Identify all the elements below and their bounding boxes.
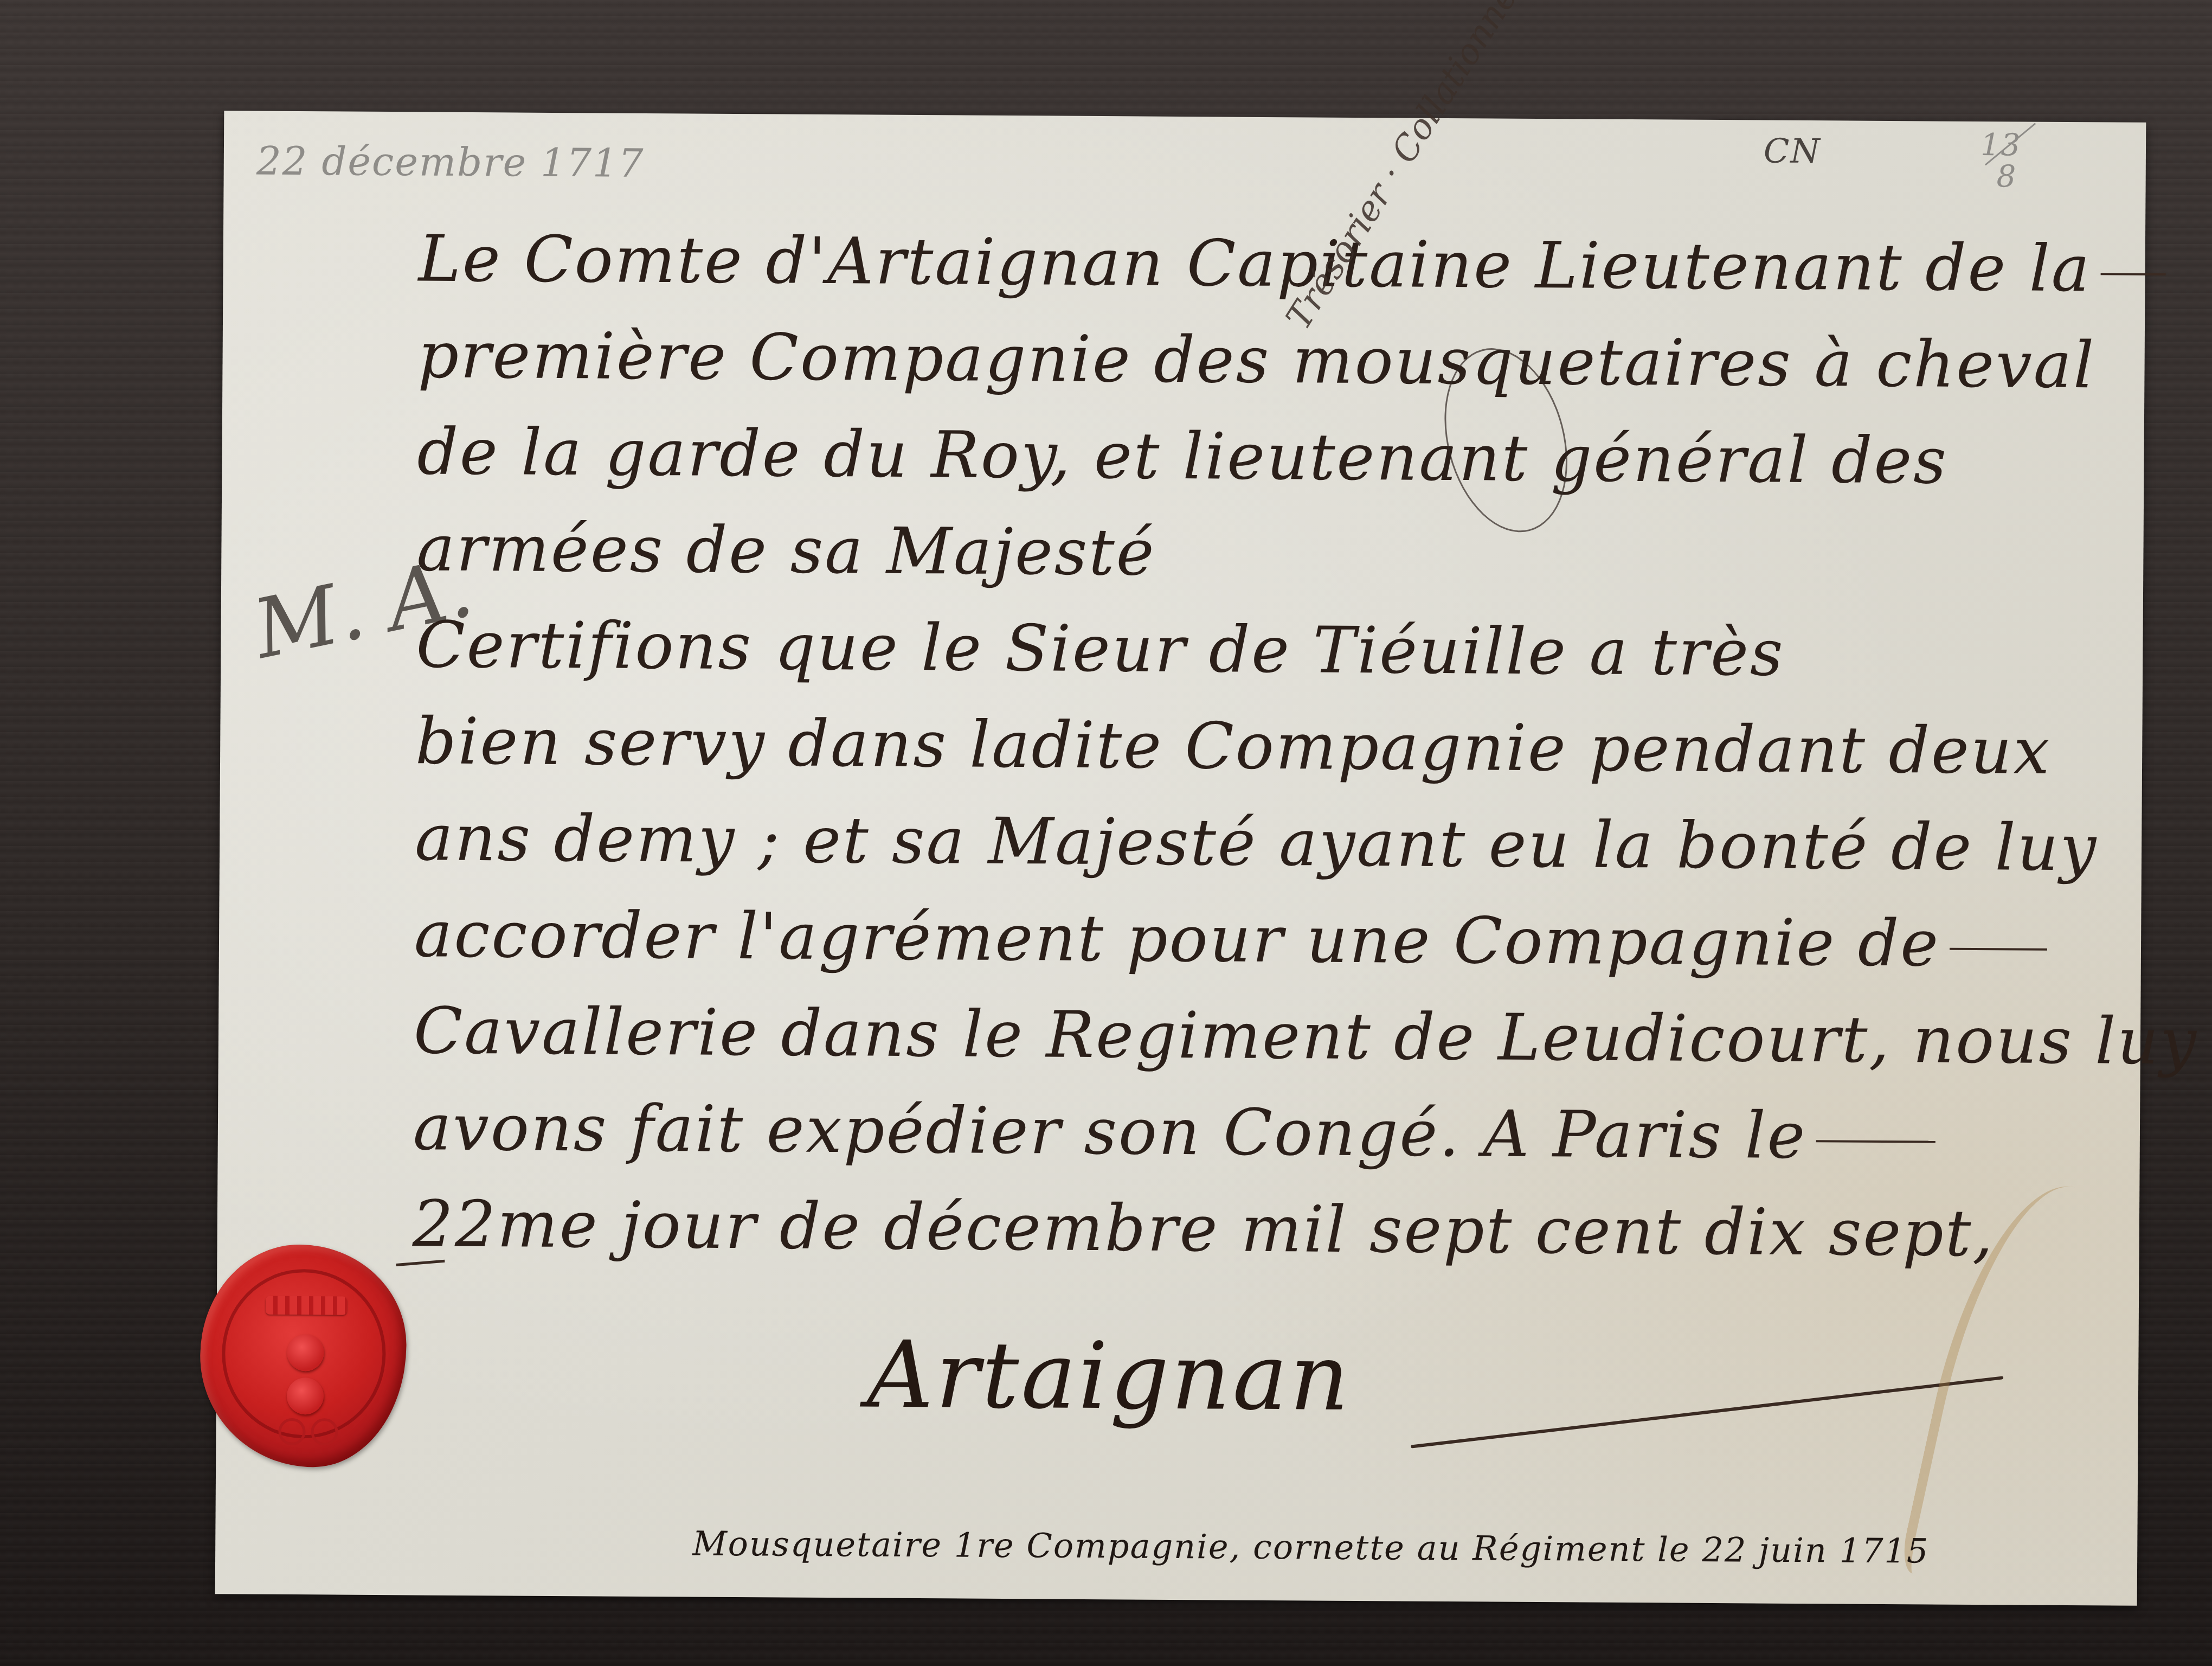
line-11: 22me jour de décembre mil sept cent dix … <box>412 1186 1995 1271</box>
certificate-body: Le Comte d'Artaignan Capitaine Lieutenan… <box>412 217 2099 1290</box>
text-line: Cavallerie dans le Regiment de Leudicour… <box>413 990 2094 1097</box>
text-line: bien servy dans ladite Compagnie pendant… <box>415 700 2097 807</box>
folio-numerator: 13 <box>1980 130 2022 161</box>
line-9: Cavallerie dans le Regiment de Leudicour… <box>414 993 2198 1079</box>
line-10: avons fait expédier son Congé. A Paris l… <box>413 1090 1807 1173</box>
seal-boss-icon <box>287 1334 324 1371</box>
line-6: bien servy dans ladite Compagnie pendant… <box>415 703 2052 788</box>
wax-seal <box>200 1244 407 1468</box>
text-line: 22me jour de décembre mil sept cent dix … <box>412 1183 2093 1290</box>
signature-paraph <box>1411 1376 2003 1448</box>
line-8: accorder l'agrément pour une Compagnie d… <box>414 896 1940 981</box>
seal-crown-icon <box>266 1296 347 1315</box>
seal-boss-icon <box>287 1377 324 1414</box>
text-line: Le Comte d'Artaignan Capitaine Lieutenan… <box>418 217 2099 324</box>
line-filler <box>2101 273 2166 276</box>
line-filler <box>1950 948 2047 951</box>
text-line: ans demy ; et sa Majesté ayant eu la bon… <box>415 797 2096 904</box>
line-2: première Compagnie des mousquetaires à c… <box>417 317 2095 402</box>
seal-scroll-icon <box>278 1418 305 1445</box>
line-7: ans demy ; et sa Majesté ayant eu la bon… <box>415 800 2098 885</box>
text-line: avons fait expédier son Congé. A Paris l… <box>413 1086 2094 1193</box>
text-line: accorder l'agrément pour une Compagnie d… <box>414 893 2095 1000</box>
document-sheet: 22 décembre 1717 CN 13 8 M. A. Le Comte … <box>215 111 2146 1606</box>
line-5: Certifions que le Sieur de Tiéuille a tr… <box>416 607 1785 690</box>
text-line: Certifions que le Sieur de Tiéuille a tr… <box>416 604 2097 710</box>
seal-scroll-icon <box>311 1418 338 1445</box>
text-line: armées de sa Majesté <box>416 507 2098 614</box>
line-4: armées de sa Majesté <box>416 510 1156 589</box>
archive-date-note: 22 décembre 1717 <box>256 138 645 186</box>
signature: Artaignan <box>867 1321 1352 1431</box>
text-line: de la garde du Roy, et lieutenant généra… <box>417 411 2098 517</box>
reference-mark: CN <box>1764 131 1821 171</box>
line-1: Le Comte d'Artaignan Capitaine Lieutenan… <box>418 221 2091 306</box>
folio-denominator: 8 <box>1992 161 2022 193</box>
footnote: Mousquetaire 1re Compagnie, cornette au … <box>692 1524 1930 1571</box>
line-filler <box>1816 1140 1935 1143</box>
text-line: première Compagnie des mousquetaires à c… <box>417 314 2099 421</box>
line-3: de la garde du Roy, et lieutenant généra… <box>417 414 1948 498</box>
